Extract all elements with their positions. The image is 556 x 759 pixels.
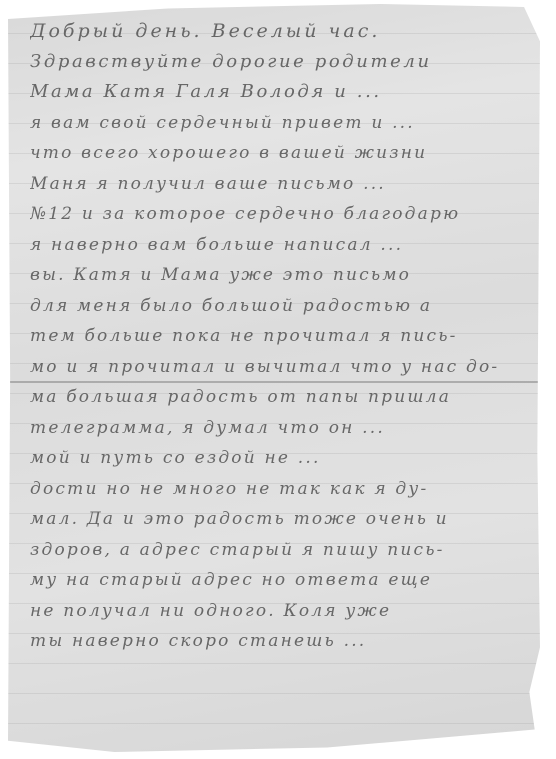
letter-line: мой и путь со ездой не ...	[30, 443, 526, 474]
letter-page: Добрый день. Веселый час. Здравствуйте д…	[8, 4, 540, 752]
letter-line: мо и я прочитал и вычитал что у нас до-	[30, 352, 526, 383]
letter-line: телеграмма, я думал что он ...	[30, 413, 526, 444]
letter-line: тем больше пока не прочитал я пись-	[30, 321, 526, 352]
letter-line: не получал ни одного. Коля уже	[30, 596, 526, 627]
letter-line: Здравствуйте дорогие родители	[30, 47, 526, 78]
letter-line: что всего хорошего в вашей жизни	[30, 138, 526, 169]
letter-line: здоров, а адрес старый я пишу пись-	[30, 535, 526, 566]
letter-line: ты наверно скоро станешь ...	[30, 626, 526, 657]
letter-line: Мама Катя Галя Володя и ...	[30, 77, 526, 108]
letter-line: мал. Да и это радость тоже очень и	[30, 504, 526, 535]
letter-line: я вам свой сердечный привет и ...	[30, 108, 526, 139]
letter-line: дости но не много не так как я ду-	[30, 474, 526, 505]
letter-line: №12 и за которое сердечно благодарю	[30, 199, 526, 230]
letter-line: вы. Катя и Мама уже это письмо	[30, 260, 526, 291]
letter-line: ма большая радость от папы пришла	[30, 382, 526, 413]
letter-line: Маня я получил ваше письмо ...	[30, 169, 526, 200]
letter-line: Добрый день. Веселый час.	[30, 16, 526, 47]
letter-line: я наверно вам больше написал ...	[30, 230, 526, 261]
letter-line: для меня было большой радостью а	[30, 291, 526, 322]
handwritten-text: Добрый день. Веселый час. Здравствуйте д…	[30, 16, 526, 657]
letter-line: му на старый адрес но ответа еще	[30, 565, 526, 596]
